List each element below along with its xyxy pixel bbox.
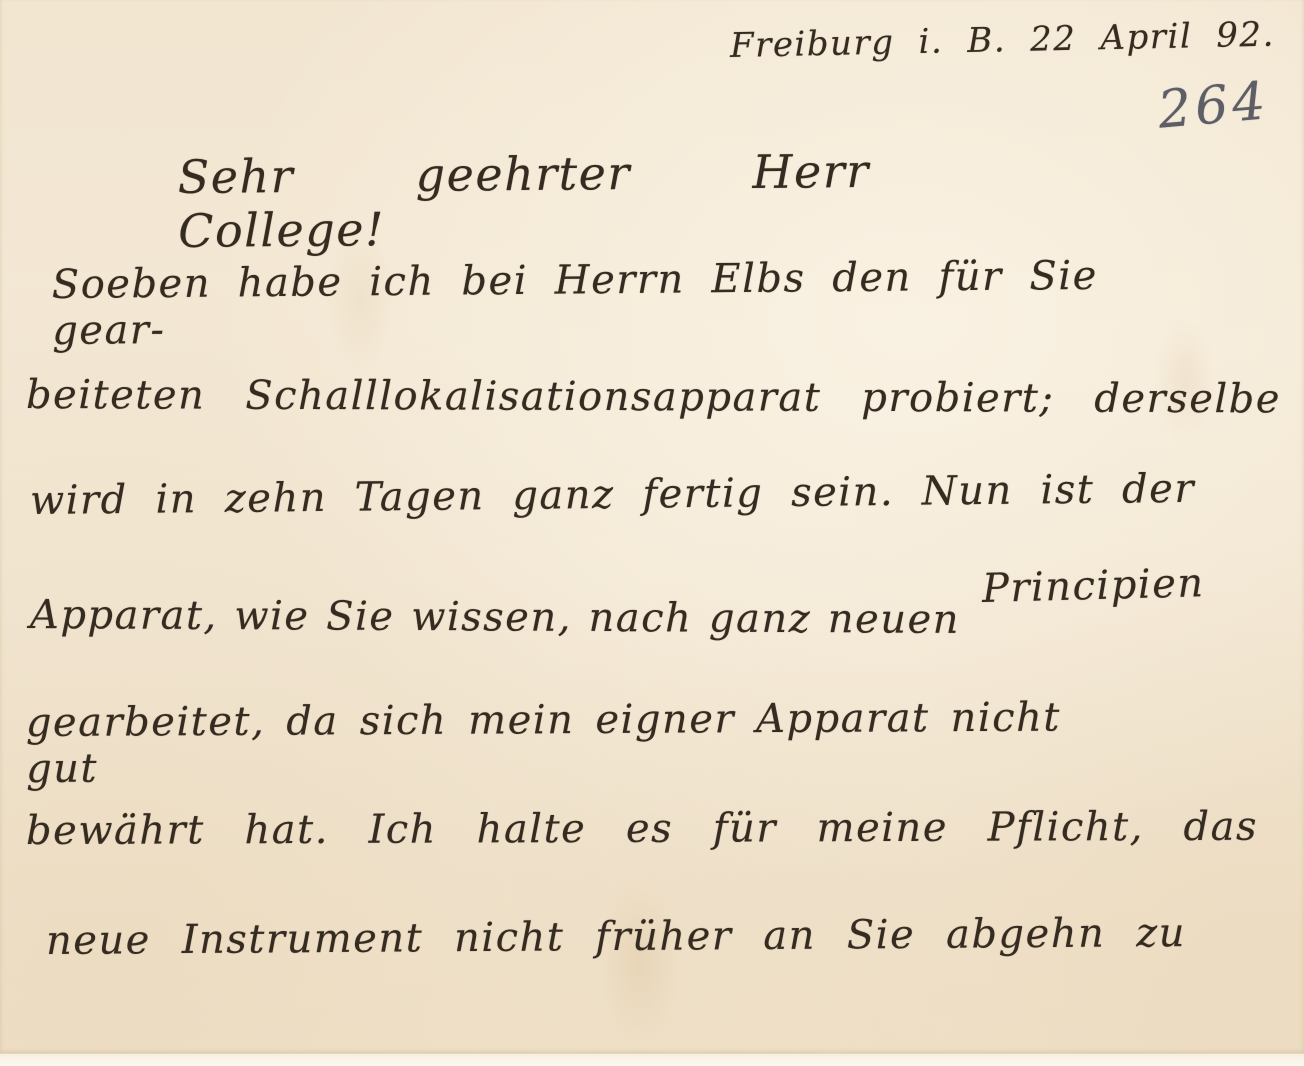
dateline: Freiburg i. B. 22 April 92. (730, 15, 1276, 66)
body-line-3: wird in zehn Tagen ganz fertig sein. Nun… (30, 466, 1195, 524)
body-line-1: Soeben habe ich bei Herrn Elbs den für S… (52, 253, 1099, 354)
body-line-4: Apparat, wie Sie wissen, nach ganz neuen (30, 592, 960, 643)
salutation: Sehr geehrter Herr College! (178, 144, 871, 258)
archival-number: 264 (1156, 71, 1271, 140)
body-line-5: gearbeitet, da sich mein eigner Apparat … (26, 695, 1061, 792)
body-line-7: neue Instrument nicht früher an Sie abge… (46, 910, 1186, 964)
body-line-2: beiteten Schalllokalisationsapparat prob… (26, 372, 1281, 422)
body-line-6: bewährt hat. Ich halte es für meine Pfli… (26, 804, 1258, 854)
letter-page: Freiburg i. B. 22 April 92. 264 Sehr gee… (0, 0, 1304, 1054)
card-bottom-edge (0, 1053, 1304, 1066)
letter-scan: Freiburg i. B. 22 April 92. 264 Sehr gee… (0, 0, 1304, 1066)
body-line-4-raised-word: Principien (981, 559, 1237, 612)
